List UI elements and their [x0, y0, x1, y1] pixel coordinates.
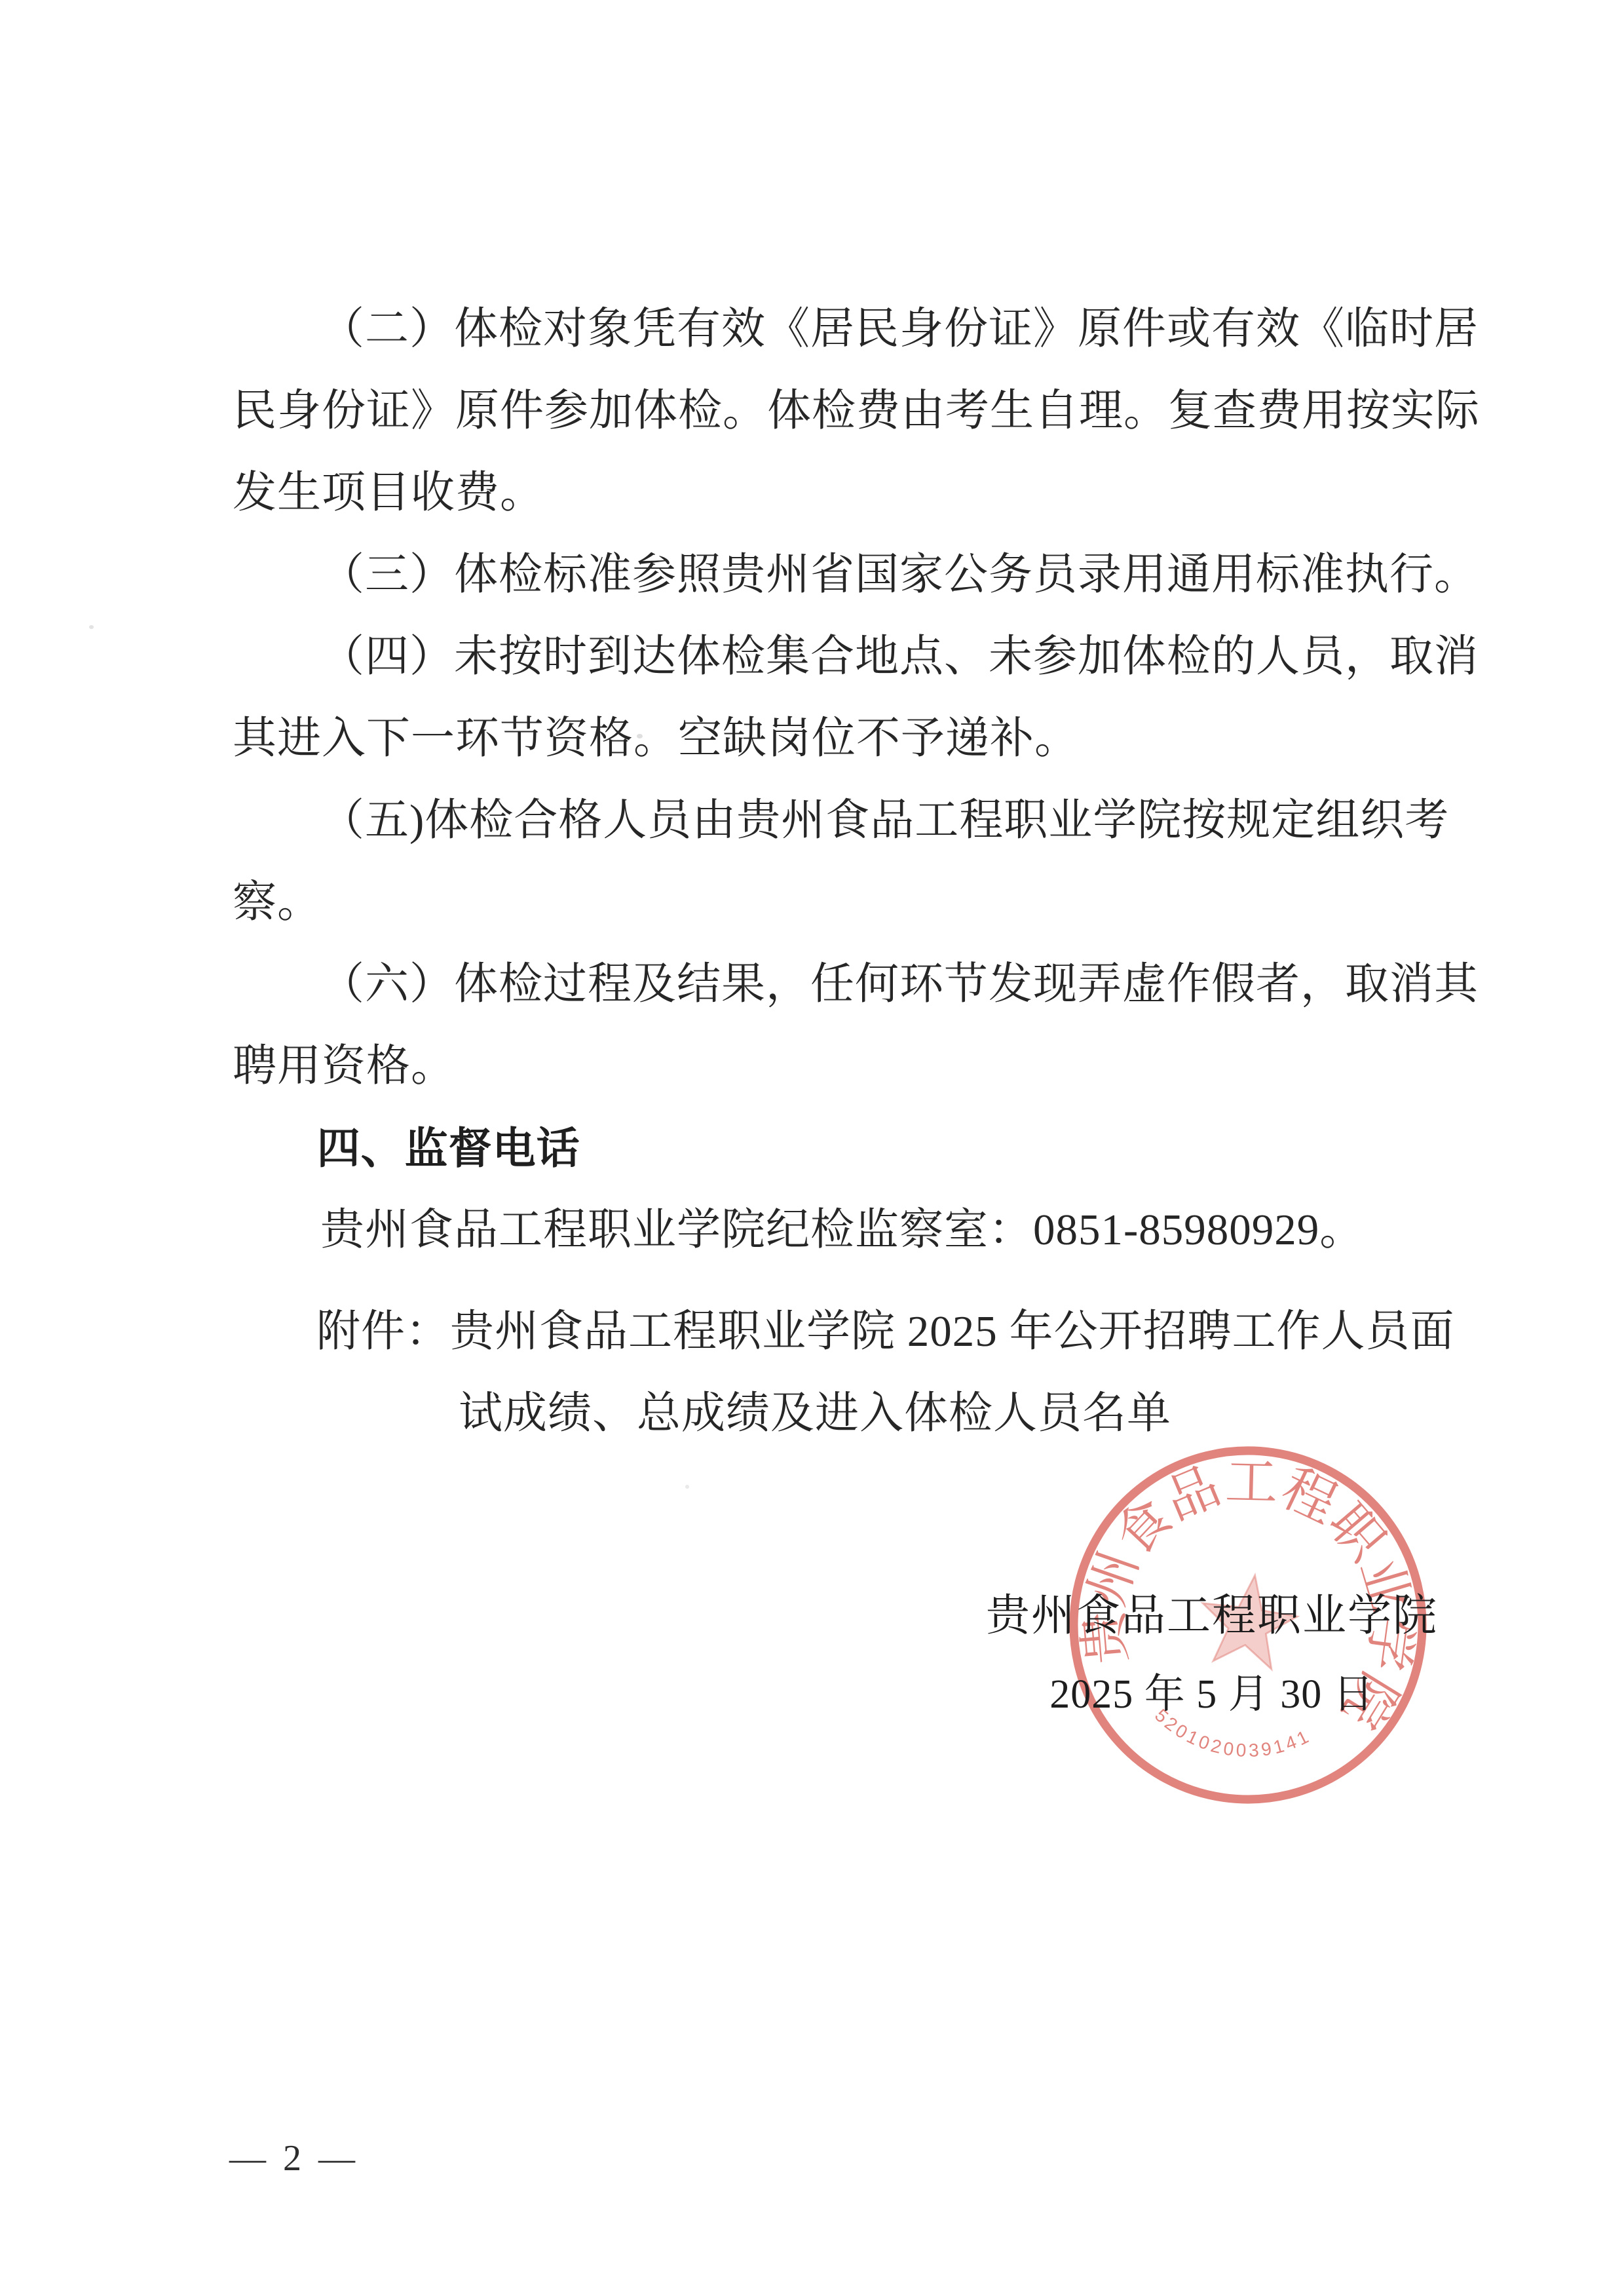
signature-org: 贵州食品工程职业学院: [956, 1577, 1467, 1655]
body-line: （五)体检合格人员由贵州食品工程职业学院按规定组织考: [233, 780, 1467, 862]
scan-noise-speck: [637, 734, 643, 738]
scan-noise-speck: [89, 625, 94, 629]
body-line: （二）体检对象凭有效《居民身份证》原件或有效《临时居: [233, 288, 1467, 370]
body-line: （四）未按时到达体检集合地点、未参加体检的人员，取消: [233, 616, 1467, 698]
body-line: （三）体检标准参照贵州省国家公务员录用通用标准执行。: [233, 534, 1467, 616]
body-line: 民身份证》原件参加体检。体检费由考生自理。复查费用按实际: [233, 370, 1467, 452]
scanned-document-page: （二）体检对象凭有效《居民身份证》原件或有效《临时居 民身份证》原件参加体检。体…: [0, 0, 1624, 2296]
body-line: 发生项目收费。: [233, 452, 1467, 534]
document-body: （二）体检对象凭有效《居民身份证》原件或有效《临时居 民身份证》原件参加体检。体…: [233, 288, 1467, 1455]
body-line: 聘用资格。: [233, 1025, 1467, 1107]
page-number-footer: — 2 —: [229, 2137, 359, 2179]
attachment-note: 附件：贵州食品工程职业学院 2025 年公开招聘工作人员面 试成绩、总成绩及进入…: [233, 1291, 1467, 1455]
signature-block: 贵州食品工程职业学院 2025 年 5 月 30 日: [956, 1577, 1467, 1734]
attachment-line-1: 附件：贵州食品工程职业学院 2025 年公开招聘工作人员面: [316, 1291, 1467, 1373]
section-heading: 四、监督电话: [233, 1107, 1467, 1189]
signature-date: 2025 年 5 月 30 日: [956, 1655, 1467, 1734]
body-line: 其进入下一环节资格。空缺岗位不予递补。: [233, 698, 1467, 780]
body-line: （六）体检过程及结果，任何环节发现弄虚作假者，取消其: [233, 944, 1467, 1025]
scan-noise-speck: [685, 1485, 689, 1489]
phone-line: 贵州食品工程职业学院纪检监察室：0851-85980929。: [233, 1189, 1467, 1271]
body-line: 察。: [233, 862, 1467, 944]
